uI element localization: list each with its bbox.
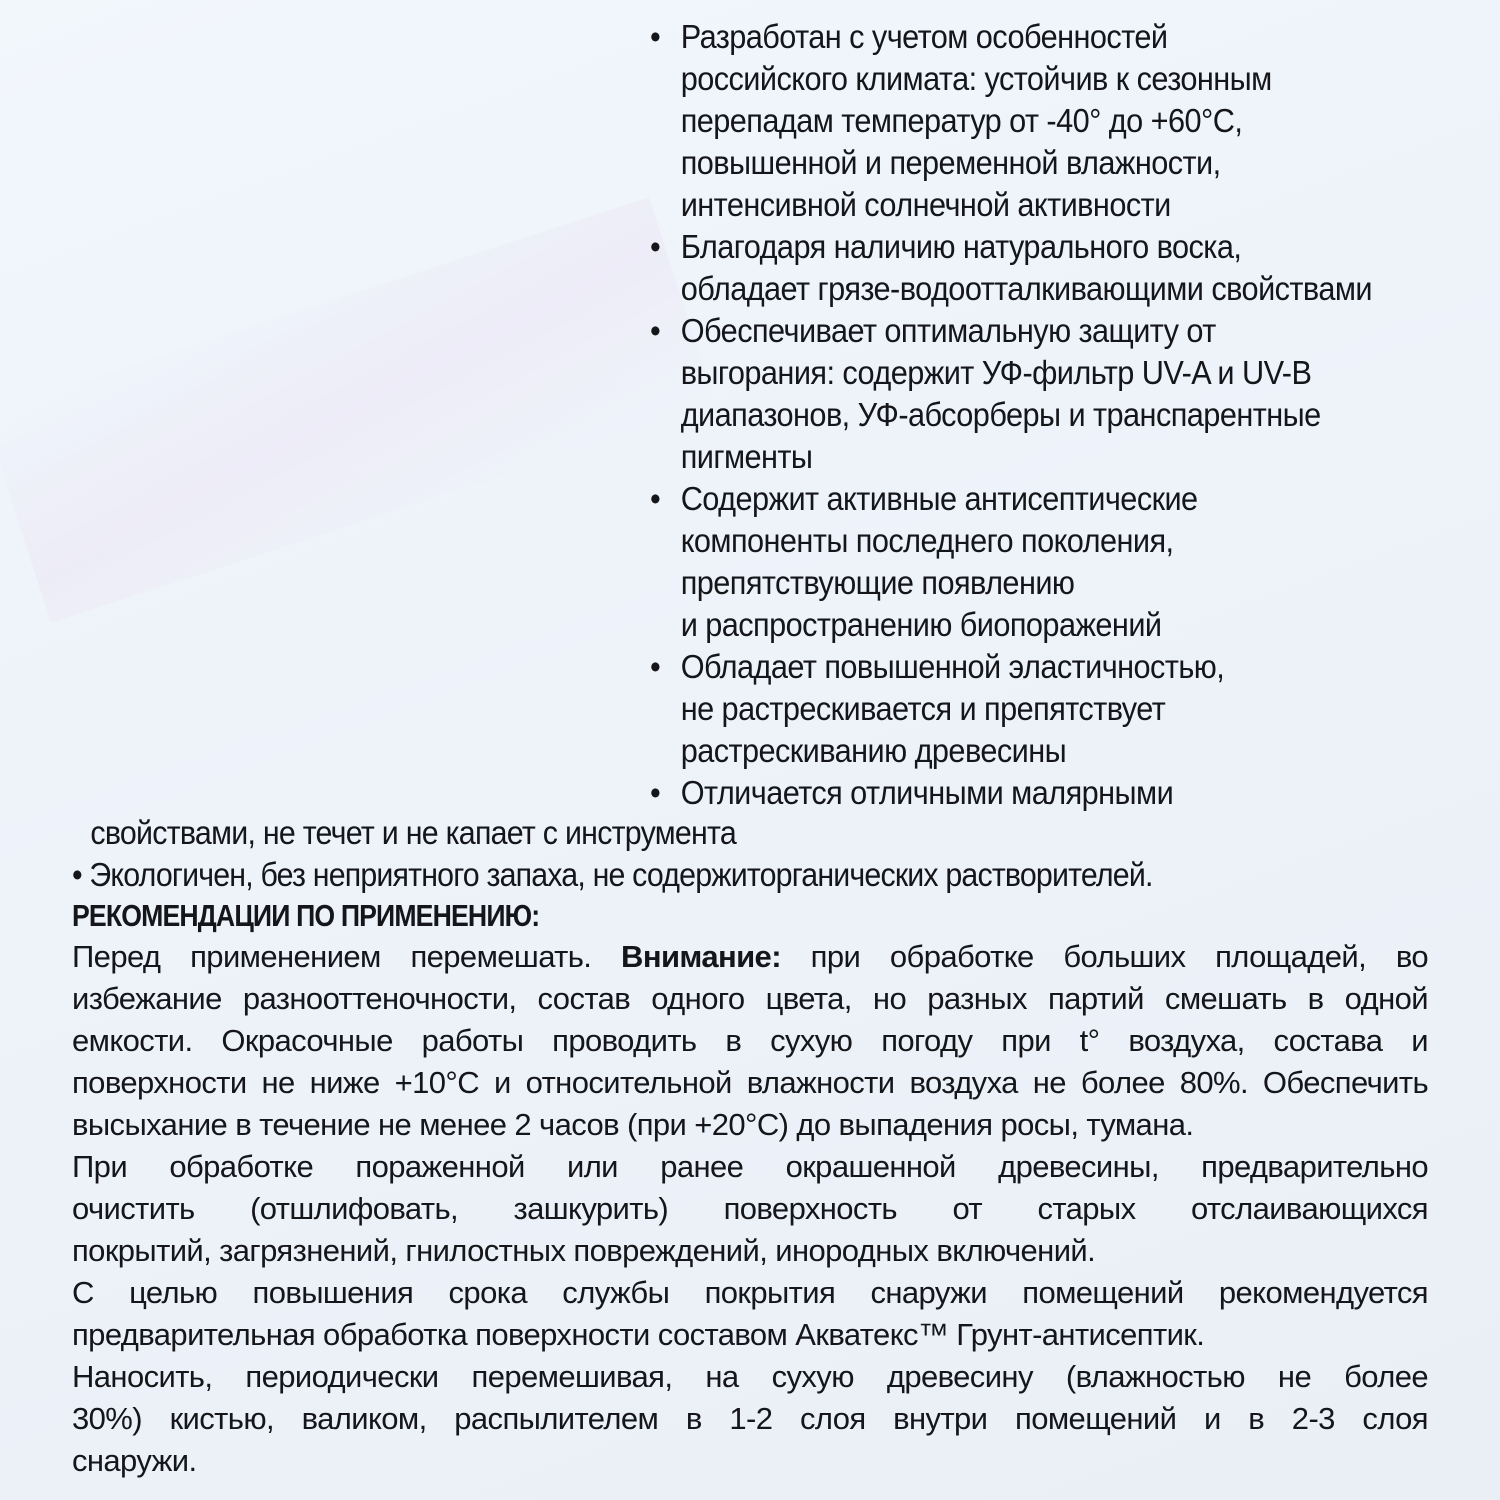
feature-line: обладает грязе-водоотталкивающими свойст… [681,268,1413,310]
feature-item-antiseptic: Содержит активные антисептические компон… [650,478,1413,646]
feature-line: растрескиванию древесины [681,730,1413,772]
recommendations-paragraph-cleaning: При обработке пораженной или ранее окраш… [72,1146,1428,1272]
paragraph-line: Наносить, периодически перемешивая, на с… [72,1356,1428,1398]
recommendations-paragraph-primer: С целью повышения срока службы покрытия … [72,1272,1428,1356]
feature-item-uv-protection: Обеспечивает оптимальную защиту от выгор… [650,310,1413,478]
feature-line: диапазонов, УФ-абсорберы и транспарентны… [681,394,1413,436]
feature-line: и распространению биопоражений [681,604,1413,646]
paragraph-line: избежание разнооттеночности, состав одно… [72,978,1428,1020]
feature-line: Содержит активные антисептические [681,478,1413,520]
feature-line: не растрескивается и препятствует [681,688,1413,730]
feature-item-climate: Разработан с учетом особенностей российс… [650,16,1413,226]
feature-line: российского климата: устойчив к сезонным [681,58,1413,100]
feature-line: препятствующие появлению [681,562,1413,604]
recommendations-title: РЕКОМЕНДАЦИИ ПО ПРИМЕНЕНИЮ: [72,896,1238,936]
feature-line: интенсивной солнечной активности [681,184,1413,226]
feature-line: перепадам температур от -40° до +60°C, [681,100,1413,142]
feature-item-elasticity: Обладает повышенной эластичностью, не ра… [650,646,1413,772]
paragraph-line: 30%) кистью, валиком, распылителем в 1-2… [72,1398,1428,1440]
attention-text: при обработке больших площадей, во [811,939,1428,974]
feature-continuation: свойствами, не течет и не капает с инстр… [72,812,1320,854]
feature-line: повышенной и переменной влажности, [681,142,1413,184]
features-list: Разработан с учетом особенностей российс… [650,16,1413,814]
attention-label: Внимание: [621,939,781,974]
recommendations-paragraph-mixing: Перед применением перемешать. Внимание: … [72,936,1428,1146]
mixing-lead: Перед применением перемешать. [72,939,591,974]
paragraph-line: поверхности не ниже +10°C и относительно… [72,1062,1428,1104]
feature-item-eco: • Экологичен, без неприятного запаха, не… [72,854,1320,896]
paragraph-line: При обработке пораженной или ранее окраш… [72,1146,1428,1188]
feature-line: Благодаря наличию натурального воска, [681,226,1413,268]
lower-section: свойствами, не течет и не капает с инстр… [72,812,1428,1482]
feature-line: выгорания: содержит УФ-фильтр UV-A и UV-… [681,352,1413,394]
background-light-sheen [0,197,717,623]
paragraph-line: Перед применением перемешать. Внимание: … [72,936,1428,978]
feature-line: Отличается отличными малярными [681,772,1413,814]
paragraph-line: С целью повышения срока службы покрытия … [72,1272,1428,1314]
recommendations-paragraph-application: Наносить, периодически перемешивая, на с… [72,1356,1428,1482]
feature-line: компоненты последнего поколения, [681,520,1413,562]
paragraph-line: высыхание в течение не менее 2 часов (пр… [72,1104,1193,1146]
paragraph-line: снаружи. [72,1440,196,1482]
paragraph-line: предварительная обработка поверхности со… [72,1314,1204,1356]
paragraph-line: очистить (отшлифовать, зашкурить) поверх… [72,1188,1428,1230]
feature-line: пигменты [681,436,1413,478]
feature-item-wax: Благодаря наличию натурального воска, об… [650,226,1413,310]
feature-line: Обладает повышенной эластичностью, [681,646,1413,688]
paragraph-line: покрытий, загрязнений, гнилостных повреж… [72,1230,1095,1272]
feature-line: Обеспечивает оптимальную защиту от [681,310,1413,352]
feature-item-painting-properties: Отличается отличными малярными [650,772,1413,814]
feature-line: Разработан с учетом особенностей [681,16,1413,58]
paragraph-line: емкости. Окрасочные работы проводить в с… [72,1020,1428,1062]
